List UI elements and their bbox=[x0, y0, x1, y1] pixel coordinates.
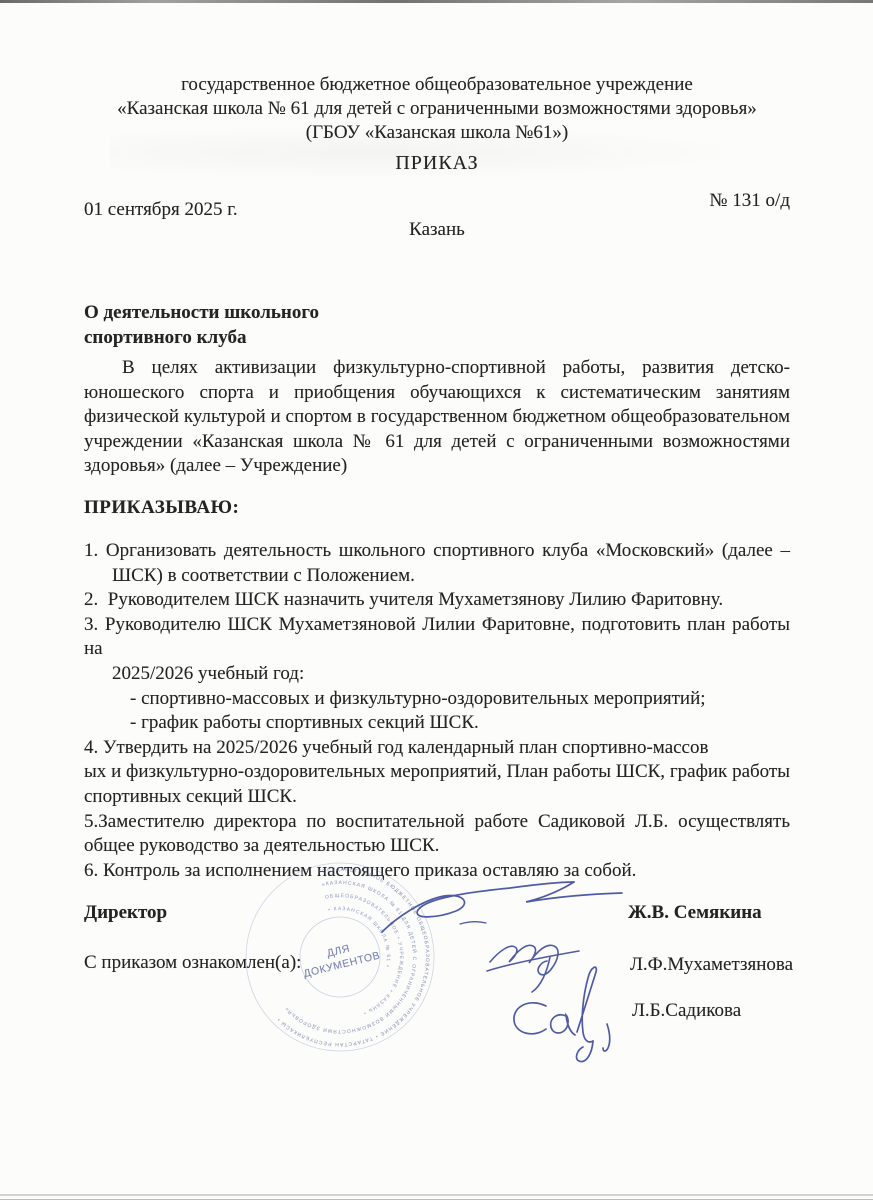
org-name-line: (ГБОУ «Казанская школа №61») bbox=[84, 122, 790, 146]
city-label: Казань bbox=[84, 219, 790, 241]
order-items: 1. Организовать деятельность школьного с… bbox=[84, 539, 790, 883]
text-line: 3. Руководителю ШСК Мухаметзяновой Лилии… bbox=[84, 613, 790, 662]
text-line: ШСК) в соответствии с Положением. bbox=[84, 564, 790, 589]
text-line: 2. Руководителем ШСК назначить учителя М… bbox=[84, 588, 790, 613]
order-verb: ПРИКАЗЫВАЮ: bbox=[84, 497, 239, 519]
text-line: здоровья» (далее – Учреждение) bbox=[84, 454, 790, 479]
text-line: В целях активизации физкультурно-спортив… bbox=[84, 356, 790, 381]
director-label: Директор bbox=[84, 902, 167, 924]
text-line: - спортивно-массовых и физкультурно-оздо… bbox=[84, 687, 790, 712]
order-date: 01 сентября 2025 г. bbox=[84, 199, 238, 221]
order-number: № 131 о/д bbox=[709, 190, 790, 212]
text-line: ых и физкультурно-оздоровительных меропр… bbox=[84, 760, 790, 785]
text-line: юношеского спорта и приобщения обучающих… bbox=[84, 381, 790, 406]
document-title: ПРИКАЗ bbox=[84, 152, 790, 175]
letterhead: государственное бюджетное общеобразовате… bbox=[84, 74, 790, 146]
text-line: физической культурой и спортом в государ… bbox=[84, 405, 790, 430]
text-line: 2025/2026 учебный год: bbox=[84, 662, 790, 687]
scanned-order-document: государственное бюджетное общеобразовате… bbox=[0, 0, 873, 1200]
mukhametzyanova-signature bbox=[487, 945, 579, 992]
signatures-overlay bbox=[360, 858, 670, 1083]
scan-bottom-edge bbox=[0, 1194, 873, 1196]
order-subject: О деятельности школьного спортивного клу… bbox=[84, 300, 790, 350]
scan-top-edge bbox=[0, 0, 873, 3]
text-line: 5.Заместителю директора по воспитательно… bbox=[84, 810, 790, 835]
text-line: 1. Организовать деятельность школьного с… bbox=[84, 539, 790, 564]
director-signature bbox=[382, 882, 622, 932]
text-line: 4. Утвердить на 2025/2026 учебный год ка… bbox=[84, 736, 790, 761]
subject-line: спортивного клуба bbox=[84, 325, 790, 350]
org-name-line: государственное бюджетное общеобразовате… bbox=[84, 74, 790, 98]
text-line: учреждении «Казанская школа № 61 для дет… bbox=[84, 430, 790, 455]
sadikova-signature bbox=[514, 967, 610, 1061]
org-name-line: «Казанская школа № 61 для детей с ограни… bbox=[84, 98, 790, 122]
intro-paragraph: В целях активизации физкультурно-спортив… bbox=[84, 356, 790, 479]
text-line: - график работы спортивных секций ШСК. bbox=[84, 711, 790, 736]
text-line: спортивных секций ШСК. bbox=[84, 785, 790, 810]
subject-line: О деятельности школьного bbox=[84, 300, 790, 325]
